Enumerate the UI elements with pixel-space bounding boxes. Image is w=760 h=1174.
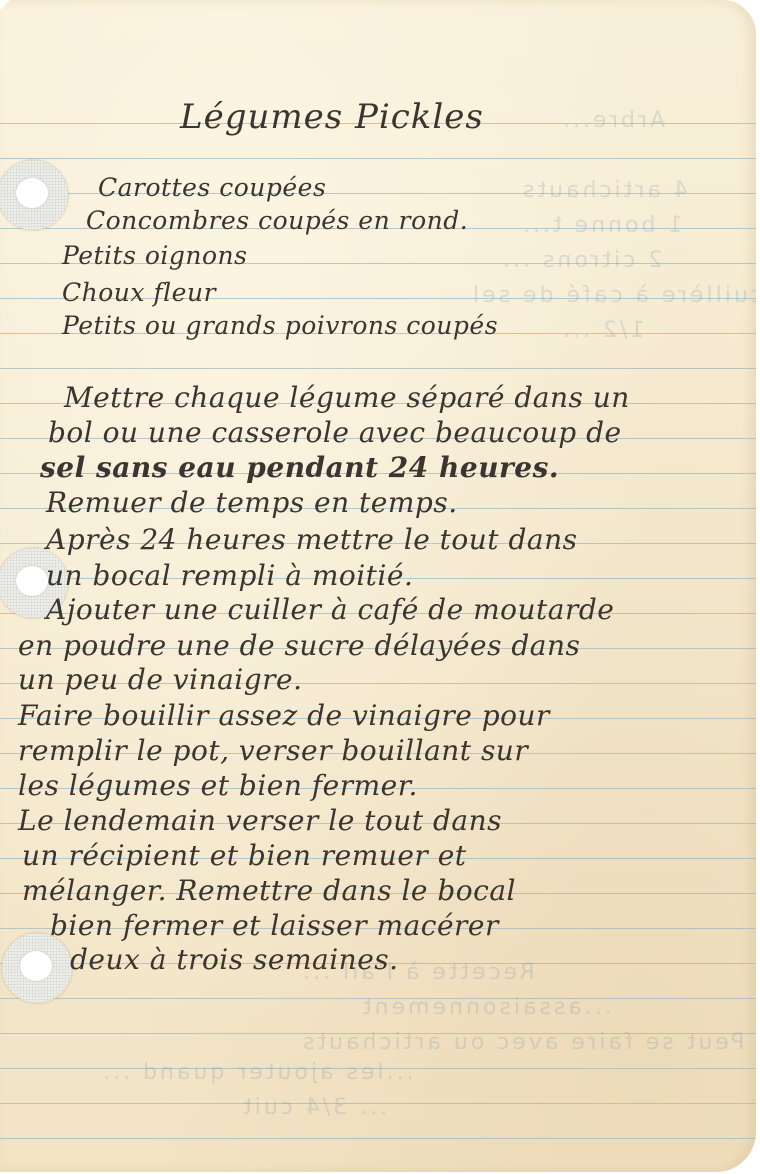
bleed-through-text: Peut se faire avec ou artichauts [300, 1030, 744, 1055]
recipe-card: Arbre... 4 artichauts 1 bonne t... 2 cit… [0, 0, 756, 1172]
instruction-line: Ajouter une cuiller à café de moutarde [46, 592, 614, 627]
instruction-line: Faire bouillir assez de vinaigre pour [18, 698, 550, 733]
bleed-through-text: Arbre... [560, 108, 665, 133]
recipe-title: Légumes Pickles [180, 100, 484, 135]
torn-corner [0, 0, 10, 10]
instruction-line: un récipient et bien remuer et [22, 838, 467, 873]
bleed-through-text: 4 artichauts [520, 178, 688, 203]
instruction-line: sel sans eau pendant 24 heures. [40, 450, 559, 485]
ingredient-item: Concombres coupés en rond. [86, 203, 468, 238]
instruction-line: bol ou une casserole avec beaucoup de [48, 415, 622, 450]
bleed-through-text: ... 3/4 cuit [240, 1095, 387, 1120]
binder-hole-bottom [2, 933, 72, 1003]
instruction-line: remplir le pot, verser bouillant sur [18, 733, 528, 768]
instruction-line: bien fermer et laisser macérer [50, 908, 499, 943]
instruction-line: Le lendemain verser le tout dans [18, 803, 502, 838]
binder-hole-top [0, 160, 68, 230]
ingredient-item: Choux fleur [62, 275, 216, 310]
instruction-line: deux à trois semaines. [70, 942, 399, 977]
ingredient-item: Petits ou grands poivrons coupés [62, 308, 498, 343]
instruction-line: un bocal rempli à moitié. [46, 558, 413, 593]
bleed-through-text: ...assaisonnement [360, 995, 612, 1020]
instruction-line: Mettre chaque légume séparé dans un [64, 380, 630, 415]
instruction-line: mélanger. Remettre dans le bocal [22, 873, 516, 908]
bleed-through-text: ...les ajouter quand ... [100, 1060, 414, 1085]
bleed-through-text: 1/2 cuillère à café de sel [470, 283, 756, 308]
instruction-line: en poudre une de sucre délayées dans [18, 628, 580, 663]
ingredient-item: Carottes coupées [98, 170, 326, 205]
bleed-through-text: 1/2 ... [560, 318, 644, 343]
instruction-line: les légumes et bien fermer. [18, 768, 418, 803]
instruction-line: Remuer de temps en temps. [46, 485, 458, 520]
bleed-through-text: 2 citrons ... [500, 248, 662, 273]
instruction-line: un peu de vinaigre. [18, 662, 303, 697]
ingredient-item: Petits oignons [62, 238, 248, 273]
instruction-line: Après 24 heures mettre le tout dans [46, 522, 577, 557]
bleed-through-text: 1 bonne t... [520, 213, 682, 238]
